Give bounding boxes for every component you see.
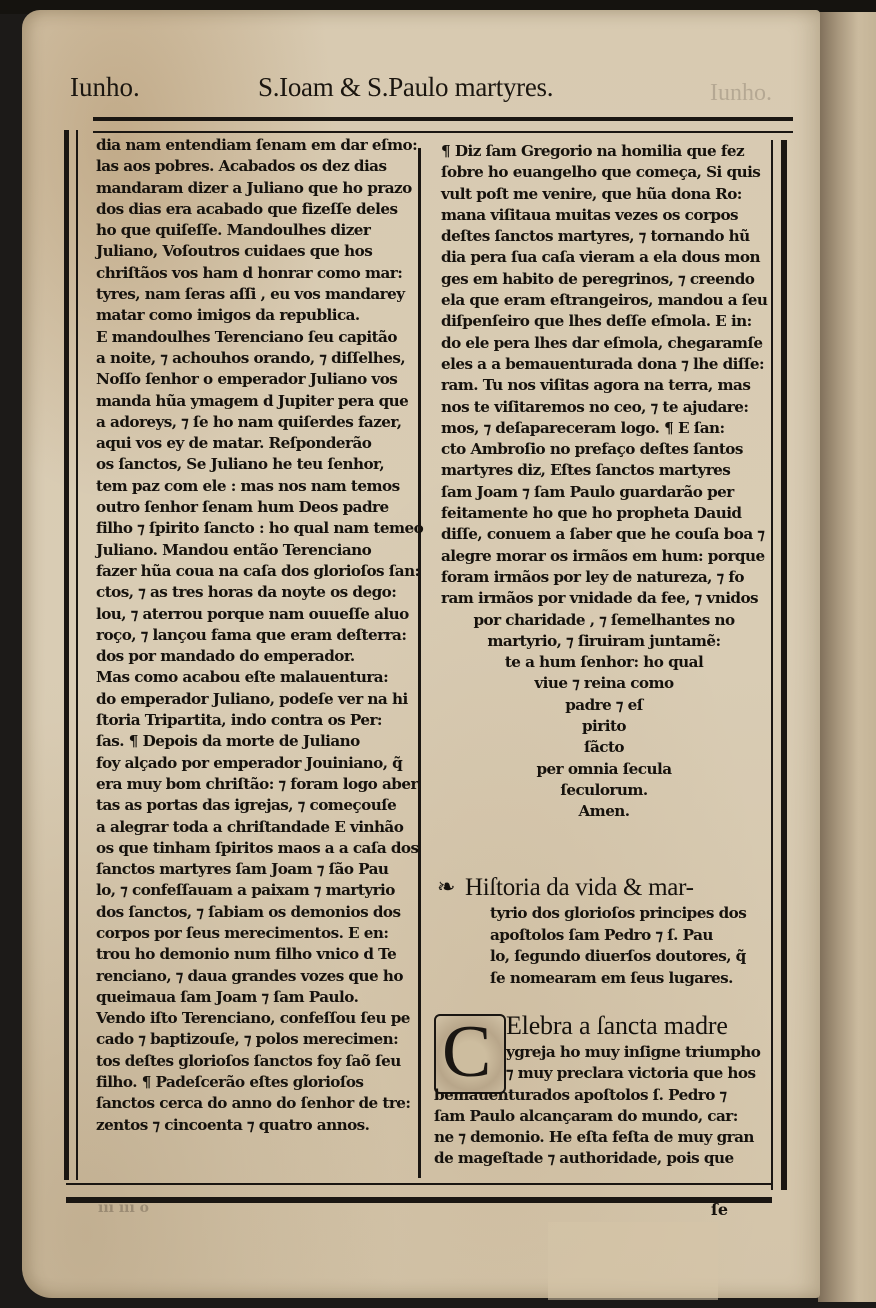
bottom-border-rule <box>66 1183 772 1203</box>
text-line: dos dias era acabado que fizeſſe deles <box>96 199 416 220</box>
text-line: zentos ⁊ cincoenta ⁊ quatro annos. <box>96 1115 416 1136</box>
text-line: dos ſanctos, ⁊ ſabiam os demonios dos <box>96 902 416 923</box>
text-line: fazer hũa coua na caſa dos glorioſos ſan… <box>96 561 416 582</box>
text-line: tyres, nam ſeras aſſi , eu vos mandarey <box>96 284 416 305</box>
text-line: a adoreys, ⁊ ſe ho nam quiſerdes fazer, <box>96 412 416 433</box>
bleed-through-text: Iunho. <box>710 80 772 107</box>
text-line: ſam Paulo alcançaram do mundo, car: <box>434 1106 770 1127</box>
signature-mark: ſe <box>711 1200 728 1219</box>
right-border-rule <box>771 140 787 1190</box>
colophon-line: ſeculorum. <box>441 780 767 801</box>
section-title-text: Hiſtoria da vida & mar- <box>465 874 694 901</box>
text-line: mandaram dizer a Juliano que ho prazo <box>96 178 416 199</box>
text-line: filho. ¶ Padeſcerão eſtes glorioſos <box>96 1072 416 1093</box>
text-line: las aos pobres. Acabados os dez dias <box>96 156 416 177</box>
text-line: Juliano, Voſoutros cuidaes que hos <box>96 241 416 262</box>
column-divider <box>418 148 421 1178</box>
text-line: ſobre ho euangelho que começa, Si quis <box>441 162 767 183</box>
top-border-rule <box>93 117 793 133</box>
text-line: Juliano. Mandou então Terenciano <box>96 540 416 561</box>
text-line: corpos por ſeus merecimentos. E en: <box>96 923 416 944</box>
section-subtitle-line: apoſtolos ſam Pedro ⁊ ſ. Pau <box>490 925 767 947</box>
running-head-title: S.Ioam & S.Paulo martyres. <box>258 72 553 103</box>
opening-body: ygreja ho muy inſigne triumpho ⁊ muy pre… <box>434 1042 770 1170</box>
text-line: roço, ⁊ lançou fama que eram deſterra: <box>96 625 416 646</box>
paper-repair-patch <box>548 1222 718 1300</box>
text-line: ram irmãos por vnidade da fee, ⁊ vnidos <box>441 588 767 609</box>
left-border-rule <box>64 130 78 1180</box>
text-line: diſpenſeiro que lhes deſſe eſmola. E in: <box>441 311 767 332</box>
text-line: era muy bom chriſtão: ⁊ foram logo aber <box>96 774 416 795</box>
text-line: alegre morar os irmãos em hum: porque <box>441 546 767 567</box>
text-line: ⁊ muy preclara victoria que hos <box>434 1063 770 1084</box>
text-line: do ele pera lhes dar eſmola, chegaramſe <box>441 333 767 354</box>
text-line: tem paz com ele : mas nos nam temos <box>96 476 416 497</box>
right-column: ¶ Diz ſam Gregorio na homilia que fez ſo… <box>441 141 767 823</box>
running-head: Iunho. S.Ioam & S.Paulo martyres. Iunho. <box>70 72 810 112</box>
text-line: dia pera ſua caſa vieram a ela dous mon <box>441 247 767 268</box>
text-line: queimaua ſam Joam ⁊ ſam Paulo. <box>96 987 416 1008</box>
text-line: diſſe, conuem a ſaber que he couſa boa ⁊ <box>441 524 767 545</box>
text-line: Mas como acabou eſte malauentura: <box>96 667 416 688</box>
text-line: cto Ambroſio no prefaço deſtes ſantos <box>441 439 767 460</box>
text-line: ygreja ho muy inſigne triumpho <box>434 1042 770 1063</box>
section-subtitle-line: lo, ſegundo diuerſos doutores, q̃ <box>490 946 767 968</box>
facing-page-edge <box>818 12 876 1302</box>
text-line: trou ho demonio num filho vnico d Te <box>96 944 416 965</box>
text-line: renciano, ⁊ daua grandes vozes que ho <box>96 966 416 987</box>
colophon-amen: Amen. <box>441 801 767 822</box>
text-line: outro ſenhor ſenam hum Deos padre <box>96 497 416 518</box>
opening-first-line: Elebra a ſancta madre <box>506 1012 728 1040</box>
text-line: manda hũa ymagem d Jupiter pera que <box>96 391 416 412</box>
text-line: tos deſtes glorioſos ſanctos foy ſaõ ſeu <box>96 1051 416 1072</box>
text-line: a noite, ⁊ achouhos orando, ⁊ diſſelhes, <box>96 348 416 369</box>
text-line: Noſſo ſenhor o emperador Juliano vos <box>96 369 416 390</box>
left-column: dia nam entendiam ſenam em dar eſmo: las… <box>96 135 416 1136</box>
text-line: os que tinham ſpiritos maos a a caſa dos <box>96 838 416 859</box>
text-line: lo, ⁊ confeſſauam a paixam ⁊ martyrio <box>96 880 416 901</box>
text-line: ¶ Diz ſam Gregorio na homilia que fez <box>441 141 767 162</box>
text-line: aqui vos ey de matar. Reſponderão <box>96 433 416 454</box>
colophon-line: viue ⁊ reina como <box>441 673 767 694</box>
text-line: E mandoulhes Terenciano ſeu capitão <box>96 327 416 348</box>
text-line: feitamente ho que ho propheta Dauid <box>441 503 767 524</box>
text-line: chriſtãos vos ham d honrar como mar: <box>96 263 416 284</box>
section-heading: ❧Hiſtoria da vida & mar- tyrio dos glori… <box>437 872 767 989</box>
text-line: ctos, ⁊ as tres horas da noyte os dego: <box>96 582 416 603</box>
text-line: lou, ⁊ aterrou porque nam ouueſſe aluo <box>96 604 416 625</box>
text-line: ges em habito de peregrinos, ⁊ creendo <box>441 269 767 290</box>
text-line: eles a a bemauenturada dona ⁊ lhe diſſe: <box>441 354 767 375</box>
text-line: nos te viſitaremos no ceo, ⁊ te ajudare: <box>441 397 767 418</box>
text-line: ſanctos cerca do anno do ſenhor de tre: <box>96 1093 416 1114</box>
text-line: dos por mandado do emperador. <box>96 646 416 667</box>
colophon-line: padre ⁊ eſ <box>441 695 767 716</box>
text-line: ſas. ¶ Depois da morte de Juliano <box>96 731 416 752</box>
text-line: de mageſtade ⁊ authoridade, pois que <box>434 1148 770 1169</box>
text-line: ne ⁊ demonio. He eſta feſta de muy gran <box>434 1127 770 1148</box>
text-line: bemauenturados apoſtolos ſ. Pedro ⁊ <box>434 1085 770 1106</box>
text-line: cado ⁊ baptizouſe, ⁊ polos merecimen: <box>96 1029 416 1050</box>
text-line: ſam Joam ⁊ ſam Paulo guardarão per <box>441 482 767 503</box>
bleed-through-marks: ııı ııı o <box>98 1200 149 1216</box>
text-line: dia nam entendiam ſenam em dar eſmo: <box>96 135 416 156</box>
colophon-line: per omnia ſecula <box>441 759 767 780</box>
text-line: Vendo iſto Terenciano, confeſſou ſeu pe <box>96 1008 416 1029</box>
text-line: ſtoria Tripartita, indo contra os Per: <box>96 710 416 731</box>
text-line: mos, ⁊ deſapareceram logo. ¶ E ſan: <box>441 418 767 439</box>
section-subtitle-line: tyrio dos glorioſos principes dos <box>490 903 767 925</box>
colophon-line: ſãcto <box>441 737 767 758</box>
text-line: matar como imigos da republica. <box>96 305 416 326</box>
text-line: ela que eram eſtrangeiros, mandou a ſeu <box>441 290 767 311</box>
text-line: foy alçado por emperador Jouiniano, q̃ <box>96 753 416 774</box>
text-line: deſtes ſanctos martyres, ⁊ tornando hũ <box>441 226 767 247</box>
text-line: filho ⁊ ſpirito ſancto : ho qual nam tem… <box>96 518 416 539</box>
colophon-line: por charidade , ⁊ ſemelhantes no <box>441 610 767 631</box>
colophon-line: martyrio, ⁊ ſiruiram juntamẽ: <box>441 631 767 652</box>
section-title: ❧Hiſtoria da vida & mar- <box>437 872 767 903</box>
text-line: tas as portas das igrejas, ⁊ começouſe <box>96 795 416 816</box>
text-line: foram irmãos por ley de natureza, ⁊ fo <box>441 567 767 588</box>
text-line: martyres diz, Eſtes ſanctos martyres <box>441 460 767 481</box>
fleuron-icon: ❧ <box>437 872 465 902</box>
text-line: a alegrar toda a chriſtandade E vinhão <box>96 817 416 838</box>
text-line: ho que quiſeſſe. Mandoulhes dizer <box>96 220 416 241</box>
running-head-month: Iunho. <box>70 72 140 103</box>
text-line: vult poſt me venire, que hũa dona Ro: <box>441 184 767 205</box>
text-line: ſanctos martyres ſam Joam ⁊ ſão Pau <box>96 859 416 880</box>
text-line: mana viſitaua muitas vezes os corpos <box>441 205 767 226</box>
colophon-line: te a hum ſenhor: ho qual <box>441 652 767 673</box>
text-line: do emperador Juliano, podeſe ver na hi <box>96 689 416 710</box>
text-line: os ſanctos, Se Juliano he teu ſenhor, <box>96 454 416 475</box>
text-line: ram. Tu nos viſitas agora na terra, mas <box>441 375 767 396</box>
colophon-line: pirito <box>441 716 767 737</box>
section-subtitle-line: ſe nomearam em ſeus lugares. <box>490 968 767 990</box>
